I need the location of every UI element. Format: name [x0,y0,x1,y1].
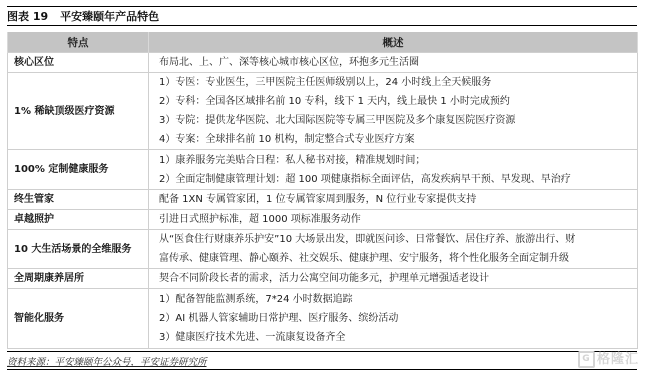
overview-cell: 布局北、上、广、深等核心城市核心区位，环抱多元生活圈 [149,53,638,73]
overview-line: 1）专医：专业医生，三甲医院主任医师级别以上，24 小时线上全天候服务 [159,73,637,92]
table-row: 终生管家 配备 1XN 专属管家团，1 位专属管家周到服务，N 位行业专家提供支… [8,190,638,210]
watermark: G格隆汇 [578,348,639,368]
overview-line: 3）专院：提供龙华医院、北大国际医院等专属三甲医院及多个康复医院医疗资源 [159,111,637,130]
table-row: 100% 定制健康服务 1）康养服务完美贴合日程：私人秘书对接，精准规划时间； … [8,150,638,190]
feature-cell: 全周期康养居所 [8,269,149,289]
overview-cell: 1）专医：专业医生，三甲医院主任医师级别以上，24 小时线上全天候服务 2）专科… [149,73,638,150]
overview-cell: 1）康养服务完美贴合日程：私人秘书对接，精准规划时间； 2）全面定制健康管理计划… [149,150,638,190]
feature-cell: 10 大生活场景的全维服务 [8,230,149,269]
overview-line: 1）康养服务完美贴合日程：私人秘书对接，精准规划时间； [159,151,637,170]
header-overview: 概述 [149,32,638,53]
overview-line: 3）健康医疗技术先进、一流康复设备齐全 [159,328,637,347]
feature-cell: 核心区位 [8,53,149,73]
figure-label: 图表 19 [7,10,48,23]
table-row: 卓越照护 引进日式照护标准，超 1000 项标准服务动作 [8,210,638,230]
watermark-logo-icon: G [578,351,595,368]
table-row: 智能化服务 1）配备智能监测系统，7*24 小时数据追踪 2）AI 机器人管家辅… [8,289,638,349]
watermark-text: 格隆汇 [597,352,639,367]
table-row: 1% 稀缺顶级医疗资源 1）专医：专业医生，三甲医院主任医师级别以上，24 小时… [8,73,638,150]
footer-top-rule [7,351,637,352]
overview-cell: 1）配备智能监测系统，7*24 小时数据追踪 2）AI 机器人管家辅助日常护理、… [149,289,638,349]
overview-line: 从“医食住行财康养乐护安”10 大场景出发，即就医问诊、日常餐饮、居住疗养、旅游… [159,230,637,249]
title-top-rule [7,6,637,7]
overview-line: 引进日式照护标准，超 1000 项标准服务动作 [159,210,637,229]
title-bottom-rule [7,25,637,26]
table-header-row: 特点 概述 [8,32,638,53]
overview-line: 1）配备智能监测系统，7*24 小时数据追踪 [159,290,637,309]
overview-line: 2）全面定制健康管理计划：超 100 项健康指标全面评估，高发疾病早干预、早发现… [159,170,637,189]
feature-cell: 100% 定制健康服务 [8,150,149,190]
overview-cell: 引进日式照护标准，超 1000 项标准服务动作 [149,210,638,230]
overview-line: 2）专科：全国各区域排名前 10 专科，线下 1 天内，线上最快 1 小时完成预… [159,92,637,111]
header-feature: 特点 [8,32,149,53]
overview-line: 配备 1XN 专属管家团，1 位专属管家周到服务，N 位行业专家提供支持 [159,190,637,209]
table-row: 全周期康养居所 契合不同阶段长者的需求，活力公寓空间功能多元，护理单元增强适老设… [8,269,638,289]
table-row: 10 大生活场景的全维服务 从“医食住行财康养乐护安”10 大场景出发，即就医问… [8,230,638,269]
feature-cell: 1% 稀缺顶级医疗资源 [8,73,149,150]
overview-line: 契合不同阶段长者的需求，活力公寓空间功能多元，护理单元增强适老设计 [159,269,637,288]
feature-cell: 终生管家 [8,190,149,210]
overview-line: 2）AI 机器人管家辅助日常护理、医疗服务、缤纷活动 [159,309,637,328]
source-note: 资料来源：平安臻颐年公众号，平安证券研究所 [7,354,207,368]
table-row: 核心区位 布局北、上、广、深等核心城市核心区位，环抱多元生活圈 [8,53,638,73]
figure-title-text: 平安臻颐年产品特色 [60,10,159,23]
overview-cell: 契合不同阶段长者的需求，活力公寓空间功能多元，护理单元增强适老设计 [149,269,638,289]
footer-bottom-rule [7,369,637,370]
overview-line: 4）专案：全球排名前 10 机构，制定整合式专业医疗方案 [159,130,637,149]
product-features-table: 特点 概述 核心区位 布局北、上、广、深等核心城市核心区位，环抱多元生活圈 1%… [7,32,638,349]
overview-line: 富传承、健康管理、静心颐养、社交娱乐、健康护理、安宁服务，将个性化服务全面定制升… [159,249,637,268]
overview-cell: 从“医食住行财康养乐护安”10 大场景出发，即就医问诊、日常餐饮、居住疗养、旅游… [149,230,638,269]
overview-line: 布局北、上、广、深等核心城市核心区位，环抱多元生活圈 [159,53,637,72]
overview-cell: 配备 1XN 专属管家团，1 位专属管家周到服务，N 位行业专家提供支持 [149,190,638,210]
feature-cell: 卓越照护 [8,210,149,230]
figure-title: 图表 19平安臻颐年产品特色 [7,9,159,25]
feature-cell: 智能化服务 [8,289,149,349]
